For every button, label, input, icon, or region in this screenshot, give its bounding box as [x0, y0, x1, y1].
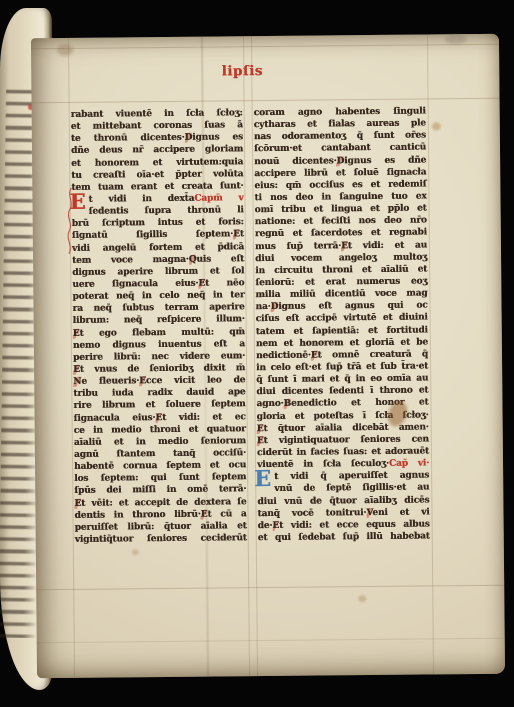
text-segment: vidi angelū fortem et p̄dicā [72, 242, 244, 254]
chapter-rubric: Cap̄ vi· [389, 459, 429, 469]
text-segment: tanq̄ vocē tonitrui· [257, 508, 366, 519]
ruling-line [32, 98, 500, 103]
text-segment: t vidi q̄ aperuiſſet agnus [274, 471, 429, 482]
text-segment: t [240, 230, 244, 240]
photograph: lipſis rabant viuentē in ſcła ſcłoʒ:et m… [0, 0, 514, 707]
text-segment: viuentē in ſcła ſeculoʒ· [257, 459, 389, 470]
text-segment: uere ſignacula eius· [72, 279, 198, 290]
text-segment: aīaliū et in medio ſeniorum [74, 436, 246, 448]
text-segment: ſpūs dei miſſi in omē terrā· [74, 485, 246, 497]
text-segment: dñe deus nr̄ accipere gloriam [71, 145, 243, 157]
text-segment: nouū dicentes· [254, 156, 336, 167]
text-segment: in circuitu throni et aīaliū et [255, 264, 427, 276]
text-segment: omī tribu et lingua et pp̄lo et [255, 204, 427, 216]
text-segment: tribu iuda radix dauid ape [73, 387, 245, 399]
text-segment: e fleueris· [81, 376, 139, 387]
text-segment: cytharas et fialas aureas ple [254, 119, 426, 131]
text-line: et qui ſedebat ſup̄ illū habebat [258, 530, 430, 544]
ruling-line [37, 638, 505, 643]
stain [57, 44, 73, 56]
text-segment: t vnus de ſenioribʒ dixit m̄ [80, 363, 245, 375]
text-segment: tatem et ſapientiā: et fortitudi [256, 325, 428, 337]
text-segment: mus ſup̄ terrā· [255, 241, 341, 252]
text-segment: ce in medio throni et quatuor [74, 424, 246, 436]
text-segment: gloria et poteſtas ī ſcła ſcłoʒ· [257, 410, 429, 422]
text-segment: dignus aperire librum et ſol [72, 266, 244, 278]
text-segment: na· [255, 302, 270, 312]
text-segment: ſignatū ſigillis ſeptem· [72, 230, 233, 242]
text-segment: ſignacula eius· [74, 413, 156, 424]
manuscript-page: lipſis rabant viuentē in ſcła ſcłoʒ:et m… [31, 34, 505, 678]
text-segment: t vidi in dext̄a [88, 194, 194, 205]
text-segment: dentis in throno librū· [74, 509, 200, 520]
text-segment: B [283, 399, 291, 409]
ruling-line [36, 585, 504, 590]
text-column-left: rabant viuentē in ſcła ſcłoʒ:et mitteban… [71, 107, 247, 546]
text-segment: vnū de ſeptē ſigillis·et au [274, 483, 429, 494]
text-segment: diui vnū de q̄tuor aīalibʒ dicēs [257, 495, 429, 507]
stain [432, 122, 441, 130]
text-segment: N [73, 377, 81, 387]
text-segment: et qui ſedebat ſup̄ illū habebat [258, 531, 430, 543]
text-segment: t omnē creaturā q̄ [317, 349, 428, 360]
text-segment: t cū a [207, 509, 246, 519]
text-segment: nedictionē· [256, 350, 311, 361]
text-segment: uis eſt [196, 254, 244, 264]
text-segment: ignus es dñe [344, 155, 426, 166]
text-segment: ſedentis ſupra thronū li [89, 205, 244, 216]
text-segment: t vidi: et ec [162, 412, 246, 423]
text-column-right: coram agno habentes ſingulicytharas et f… [254, 105, 430, 544]
stain [358, 595, 366, 602]
text-segment: agnū ſtantem tanq̄ occiſū· [74, 448, 246, 460]
text-segment: peruiſſet librū: q̄tuor aīalia et [75, 521, 247, 533]
text-segment: accipere librū et ſoluē ſignacła [254, 167, 426, 179]
text-segment: t vidi: et au [348, 240, 427, 251]
text-segment: brū ſcriptum intus et foris: [72, 217, 244, 229]
text-segment: vigintiq̄tuor ſeniores ceciderūt [75, 533, 247, 545]
stain [132, 549, 139, 555]
text-segment: et honorem et virtutem:quia [71, 157, 243, 169]
text-segment: ciderūt in facies ſuas: et adorauēt [257, 446, 429, 458]
text-segment: eius: qm̄ occiſus es et redemiſ [254, 179, 426, 191]
text-segment: diui dicentes ſedenti ī throno et [256, 386, 428, 398]
text-segment: D [271, 302, 279, 312]
text-segment: rire librum et ſoluere ſeptem [73, 400, 245, 412]
text-segment: t vēit: et accepit de dextera ſe [81, 497, 246, 509]
text-line: vigintiq̄tuor ſeniores ceciderūt [75, 532, 247, 546]
chapter-rubric: Capm̄ v [194, 193, 243, 203]
text-segment: eni et vi [372, 507, 429, 518]
faint-pencil-smudge [445, 34, 467, 44]
text-segment: poterat neq̄ in celo neq̄ in ter [72, 290, 244, 302]
text-segment: ſeniorū: et erat numerus eoʒ [255, 276, 427, 288]
text-segment: nas odoramentoʒ q̄ ſunt or̄es [254, 131, 426, 143]
text-segment: agno· [256, 399, 283, 409]
text-segment: ignus eſt agnus qui oc [278, 301, 427, 312]
text-segment: t ego flebam multū: qm̄ [79, 327, 244, 339]
text-segment: ciſus eſt accipē virtutē et diuini [256, 313, 428, 325]
text-segment: ſcōrum·et cantabant canticū [254, 143, 426, 155]
text-segment: t vidi: et ecce equus albus [279, 519, 430, 530]
text-segment: perire librū: nec videre eum· [73, 351, 245, 363]
text-segment: los ſeptem: qui ſunt ſeptem [74, 472, 246, 484]
text-segment: ra neq̄ ſubtus terram aperire [72, 302, 244, 314]
text-segment: tem tuam erant et creata ſunt· [71, 181, 243, 193]
text-segment: habentē cornua ſeptem et ocu [74, 460, 246, 472]
text-segment: nem et honorem et gloriā et be [256, 337, 428, 349]
text-segment: t vigintiquatuor ſeniores cen [263, 434, 428, 446]
text-segment: enedictio et honor et [291, 398, 429, 409]
text-segment: rabant viuentē in ſcła ſcłoʒ: [71, 108, 243, 120]
text-segment: natione: et feciſti nos deo nr̄o [255, 216, 427, 228]
text-segment: regnū et ſacerdotes et regnabi [255, 228, 427, 240]
text-segment: q̄ ſunt ī mari et q̄ in eo omīa au [256, 374, 428, 386]
text-segment: coram agno habentes ſinguli [254, 106, 426, 118]
text-segment: et mittebant coronas ſuas ā [71, 120, 243, 132]
text-segment: librum: neq̄ reſpicere illum· [73, 315, 245, 327]
text-segment: in celo eſt·et ſup̄ tr̄ā et ſub t̄ra·et [256, 361, 428, 373]
text-segment: de· [258, 521, 273, 531]
text-segment: tem voce magna· [72, 254, 189, 265]
text-segment: te thronū dicentes· [71, 133, 185, 144]
text-segment: ti nos deo in ſanguine tuo ex [254, 191, 426, 203]
text-segment: milia miliū dicentiū voce mag [255, 289, 427, 301]
text-segment: t nēo [205, 278, 244, 288]
text-segment: D [336, 156, 344, 166]
text-segment: diui vocem angeloʒ multoʒ [255, 252, 427, 264]
text-segment: nemo dignus inuentus eſt a [73, 339, 245, 351]
text-segment: tu creaſti oīa·et p̄pter volūta [71, 169, 243, 181]
text-segment: t q̄tuor aīalia dicebāt amen· [263, 422, 428, 434]
text-segment: cce vicit leo de [146, 375, 245, 386]
running-title: lipſis [211, 63, 273, 80]
ruling-line [31, 44, 499, 49]
text-segment: ignus es [192, 133, 243, 143]
